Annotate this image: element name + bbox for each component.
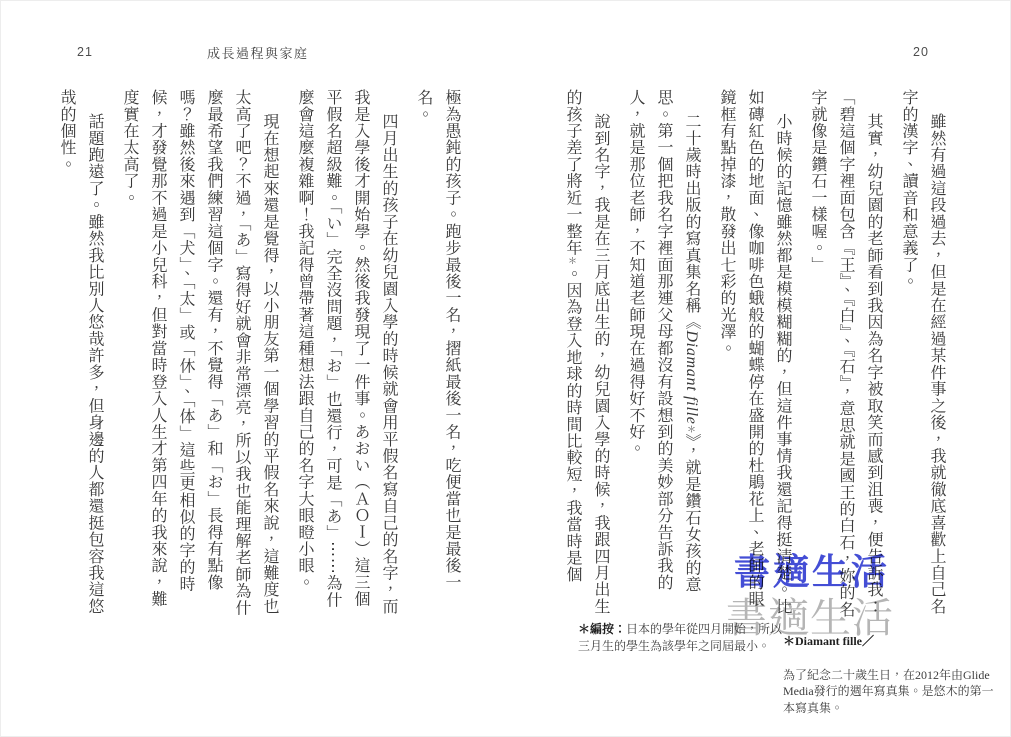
footnote-text: 為了紀念二十歲生日，在2012年由Glide Media發行的週年寫真集。是悠木… <box>783 667 1005 717</box>
footnote-label: ＊編按： <box>578 622 626 636</box>
paragraph: 現在想起來還是覺得，以小朋友第一個學習的平假名來說，這難度也太高了吧？不過，「あ… <box>115 89 283 624</box>
chapter-title: 成長過程與家庭 <box>207 43 309 62</box>
paragraph: 四月出生的孩子在幼兒園入學的時候就會用平假名寫自己的名字，而我是入學後才開始學。… <box>290 89 402 624</box>
page-number-right: 20 <box>913 45 929 59</box>
footnote-marker: ＊ <box>686 425 696 434</box>
photobook-title: Diamant fille <box>683 330 700 424</box>
paragraph: 小時候的記憶雖然都是模模糊糊的，但這件事情我還記得挺清楚。比如磚紅色的地面、像咖… <box>712 89 796 624</box>
page-21-body: 極為愚鈍的孩子。跑步最後一名，摺紙最後一名，吃便當也是最後一名。 四月出生的孩子… <box>65 89 465 624</box>
paragraph: 話題跑遠了。雖然我比別人悠哉許多，但身邊的人都還挺包容我這悠哉的個性。 <box>52 89 108 624</box>
page-20-body: 雖然有過這段過去，但是在經過某件事之後，我就徹底喜歡上自己名字的漢字、讀音和意義… <box>552 89 950 624</box>
paragraph: 極為愚鈍的孩子。跑步最後一名，摺紙最後一名，吃便當也是最後一名。 <box>409 89 465 624</box>
page-number-left: 21 <box>77 45 93 59</box>
paragraph-text: 二十歲時出版的寫真集名稱《 <box>683 113 700 330</box>
paragraph: 雖然有過這段過去，但是在經過某件事之後，我就徹底喜歡上自己名字的漢字、讀音和意義… <box>894 89 950 624</box>
paragraph: 其實，幼兒園的老師看到我因為名字被取笑而感到沮喪，便告訴我：「碧這個字裡面包含『… <box>803 89 887 624</box>
footnote-label: ＊Diamant fille／ <box>783 633 1005 650</box>
footnote-diamant-fille: ＊Diamant fille／ 為了紀念二十歲生日，在2012年由Glide M… <box>783 616 1005 733</box>
book-spread: 21 成長過程與家庭 20 雖然有過這段過去，但是在經過某件事之後，我就徹底喜歡… <box>0 0 1011 737</box>
paragraph: 說到名字，我是在三月底出生的，幼兒園入學的時候，我跟四月出生的孩子差了將近一整年… <box>558 89 614 624</box>
paragraph-text: 。因為登入地球的時間比較短，我當時是個 <box>564 265 581 583</box>
paragraph: 二十歲時出版的寫真集名稱《Diamant fille＊》，就是鑽石女孩的意思。第… <box>621 89 705 624</box>
footnote-marker: ＊ <box>567 256 577 265</box>
